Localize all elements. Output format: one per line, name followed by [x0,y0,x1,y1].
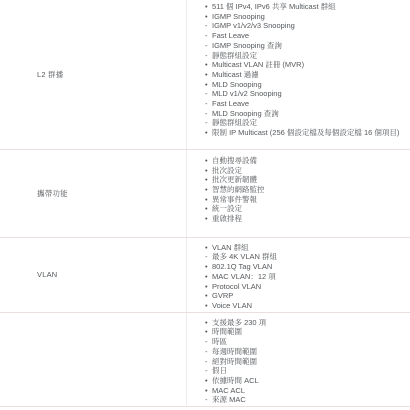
spec-item-text: 自動搜尋設備 [212,156,257,166]
bullet-icon: • [205,185,212,195]
bullet-icon: • [205,204,212,214]
spec-row: VLAN•VLAN 群組-最多 4K VLAN 群組•802.1Q Tag VL… [0,238,410,313]
spec-item-text: 每週時間範圍 [212,347,257,357]
spec-item: •時間範圍 [205,327,410,337]
dash-icon: - [205,41,212,51]
bullet-icon: • [205,386,212,396]
spec-item-text: Multicast VLAN 註冊 (MVR) [212,60,304,70]
spec-item: -時區 [205,337,410,347]
spec-item-text: 時間範圍 [212,327,242,337]
spec-item-text: 時區 [212,337,227,347]
spec-item: -最多 4K VLAN 群組 [205,252,410,262]
spec-item: •限制 IP Multicast (256 個設定檔及每個設定檔 16 個項目) [205,128,410,138]
spec-item: -Fast Leave [205,31,410,41]
row-label-cell: VLAN [0,238,187,312]
spec-item: •Multicast 過濾 [205,70,410,80]
dash-icon: - [205,109,212,119]
row-content: •VLAN 群組-最多 4K VLAN 群組•802.1Q Tag VLAN•M… [187,238,410,312]
spec-item-text: Voice VLAN [212,301,252,311]
spec-item: -MLD v1/v2 Snooping [205,89,410,99]
spec-item: -來源 MAC [205,395,410,405]
dash-icon: - [205,99,212,109]
bullet-icon: • [205,60,212,70]
spec-item: •GVRP [205,291,410,301]
spec-item: -MLD Snooping 查詢 [205,109,410,119]
spec-item: •依據時間 ACL [205,376,410,386]
bullet-icon: • [205,301,212,311]
bullet-icon: • [205,70,212,80]
spec-item: •Multicast VLAN 註冊 (MVR) [205,60,410,70]
spec-item-text: 來源 MAC [212,395,246,405]
spec-item-text: 靜態群組設定 [212,118,257,128]
row-content: •支援最多 230 項•時間範圍-時區-每週時間範圍-絕對時間範圍-假日•依據時… [187,313,410,405]
spec-row: •支援最多 230 項•時間範圍-時區-每週時間範圍-絕對時間範圍-假日•依據時… [0,313,410,405]
spec-row: 攜帶功能•自動搜尋設備•批次設定•批次更新韌體•智慧的網路監控•異常事件警報•統… [0,150,410,238]
spec-item-text: 批次更新韌體 [212,175,257,185]
bullet-icon: • [205,291,212,301]
spec-item-text: Fast Leave [212,99,249,109]
dash-icon: - [205,395,212,405]
spec-item: •IGMP Snooping [205,12,410,22]
row-content: •511 個 IPv4, IPv6 共享 Multicast 群組•IGMP S… [187,0,410,149]
spec-item-text: 智慧的網路監控 [212,185,265,195]
spec-item: -絕對時間範圍 [205,357,410,367]
spec-item-text: GVRP [212,291,233,301]
spec-item-text: IGMP Snooping [212,12,265,22]
bullet-icon: • [205,12,212,22]
bullet-icon: • [205,156,212,166]
spec-item-text: 限制 IP Multicast (256 個設定檔及每個設定檔 16 個項目) [212,128,399,138]
spec-item-text: IGMP v1/v2/v3 Snooping [212,21,295,31]
spec-item: •智慧的網路監控 [205,185,410,195]
bullet-icon: • [205,376,212,386]
spec-item-text: 支援最多 230 項 [212,318,266,328]
spec-item: -IGMP v1/v2/v3 Snooping [205,21,410,31]
spec-item: •批次設定 [205,166,410,176]
spec-item: -Fast Leave [205,99,410,109]
spec-table: L2 群播•511 個 IPv4, IPv6 共享 Multicast 群組•I… [0,0,410,405]
spec-item: •異常事件警報 [205,195,410,205]
spec-item-text: 異常事件警報 [212,195,257,205]
spec-item-text: IGMP Snooping 查詢 [212,41,282,51]
dash-icon: - [205,51,212,61]
spec-item-text: 重啟排程 [212,214,242,224]
spec-item: •Protocol VLAN [205,282,410,292]
bullet-icon: • [205,214,212,224]
spec-item: •自動搜尋設備 [205,156,410,166]
spec-item: •Voice VLAN [205,301,410,311]
spec-item: •重啟排程 [205,214,410,224]
spec-item: -靜態群組設定 [205,118,410,128]
dash-icon: - [205,347,212,357]
dash-icon: - [205,337,212,347]
spec-item: •支援最多 230 項 [205,318,410,328]
dash-icon: - [205,357,212,367]
dash-icon: - [205,118,212,128]
bullet-icon: • [205,327,212,337]
spec-item: •MAC VLAN：12 項 [205,272,410,282]
spec-item-text: Multicast 過濾 [212,70,259,80]
row-label: VLAN [37,270,57,279]
bullet-icon: • [205,175,212,185]
spec-item: •MLD Snooping [205,80,410,90]
spec-item-text: 批次設定 [212,166,242,176]
spec-item-text: 靜態群組設定 [212,51,257,61]
dash-icon: - [205,31,212,41]
spec-item-text: MLD Snooping [212,80,262,90]
spec-item-text: Fast Leave [212,31,249,41]
spec-item-text: 絕對時間範圍 [212,357,257,367]
bullet-icon: • [205,272,212,282]
row-label: L2 群播 [37,69,63,80]
bullet-icon: • [205,80,212,90]
spec-item-text: 最多 4K VLAN 群組 [212,252,277,262]
spec-item-text: 依據時間 ACL [212,376,259,386]
spec-item: -每週時間範圍 [205,347,410,357]
bullet-icon: • [205,243,212,253]
dash-icon: - [205,366,212,376]
bullet-icon: • [205,262,212,272]
spec-item: -假日 [205,366,410,376]
dash-icon: - [205,252,212,262]
spec-item: •802.1Q Tag VLAN [205,262,410,272]
bullet-icon: • [205,318,212,328]
row-label-cell [0,313,187,405]
bullet-icon: • [205,166,212,176]
spec-item-text: 假日 [212,366,227,376]
spec-item-text: MAC ACL [212,386,245,396]
bullet-icon: • [205,2,212,12]
spec-item: •批次更新韌體 [205,175,410,185]
row-label: 攜帶功能 [37,188,68,199]
dash-icon: - [205,89,212,99]
spec-item-text: 統一設定 [212,204,242,214]
spec-row: L2 群播•511 個 IPv4, IPv6 共享 Multicast 群組•I… [0,0,410,150]
spec-item-text: MLD v1/v2 Snooping [212,89,282,99]
spec-item: -靜態群組設定 [205,51,410,61]
spec-item-text: 802.1Q Tag VLAN [212,262,272,272]
row-label-cell: L2 群播 [0,0,187,149]
row-content: •自動搜尋設備•批次設定•批次更新韌體•智慧的網路監控•異常事件警報•統一設定•… [187,150,410,237]
spec-item-text: VLAN 群組 [212,243,249,253]
spec-item: •VLAN 群組 [205,243,410,253]
spec-item: •MAC ACL [205,386,410,396]
spec-item-text: MAC VLAN：12 項 [212,272,276,282]
bullet-icon: • [205,282,212,292]
bottom-divider [0,406,410,407]
dash-icon: - [205,21,212,31]
spec-item-text: 511 個 IPv4, IPv6 共享 Multicast 群組 [212,2,336,12]
row-label-cell: 攜帶功能 [0,150,187,237]
spec-item: -IGMP Snooping 查詢 [205,41,410,51]
bullet-icon: • [205,195,212,205]
spec-item: •統一設定 [205,204,410,214]
spec-item: •511 個 IPv4, IPv6 共享 Multicast 群組 [205,2,410,12]
spec-item-text: Protocol VLAN [212,282,261,292]
spec-item-text: MLD Snooping 查詢 [212,109,279,119]
bullet-icon: • [205,128,212,138]
